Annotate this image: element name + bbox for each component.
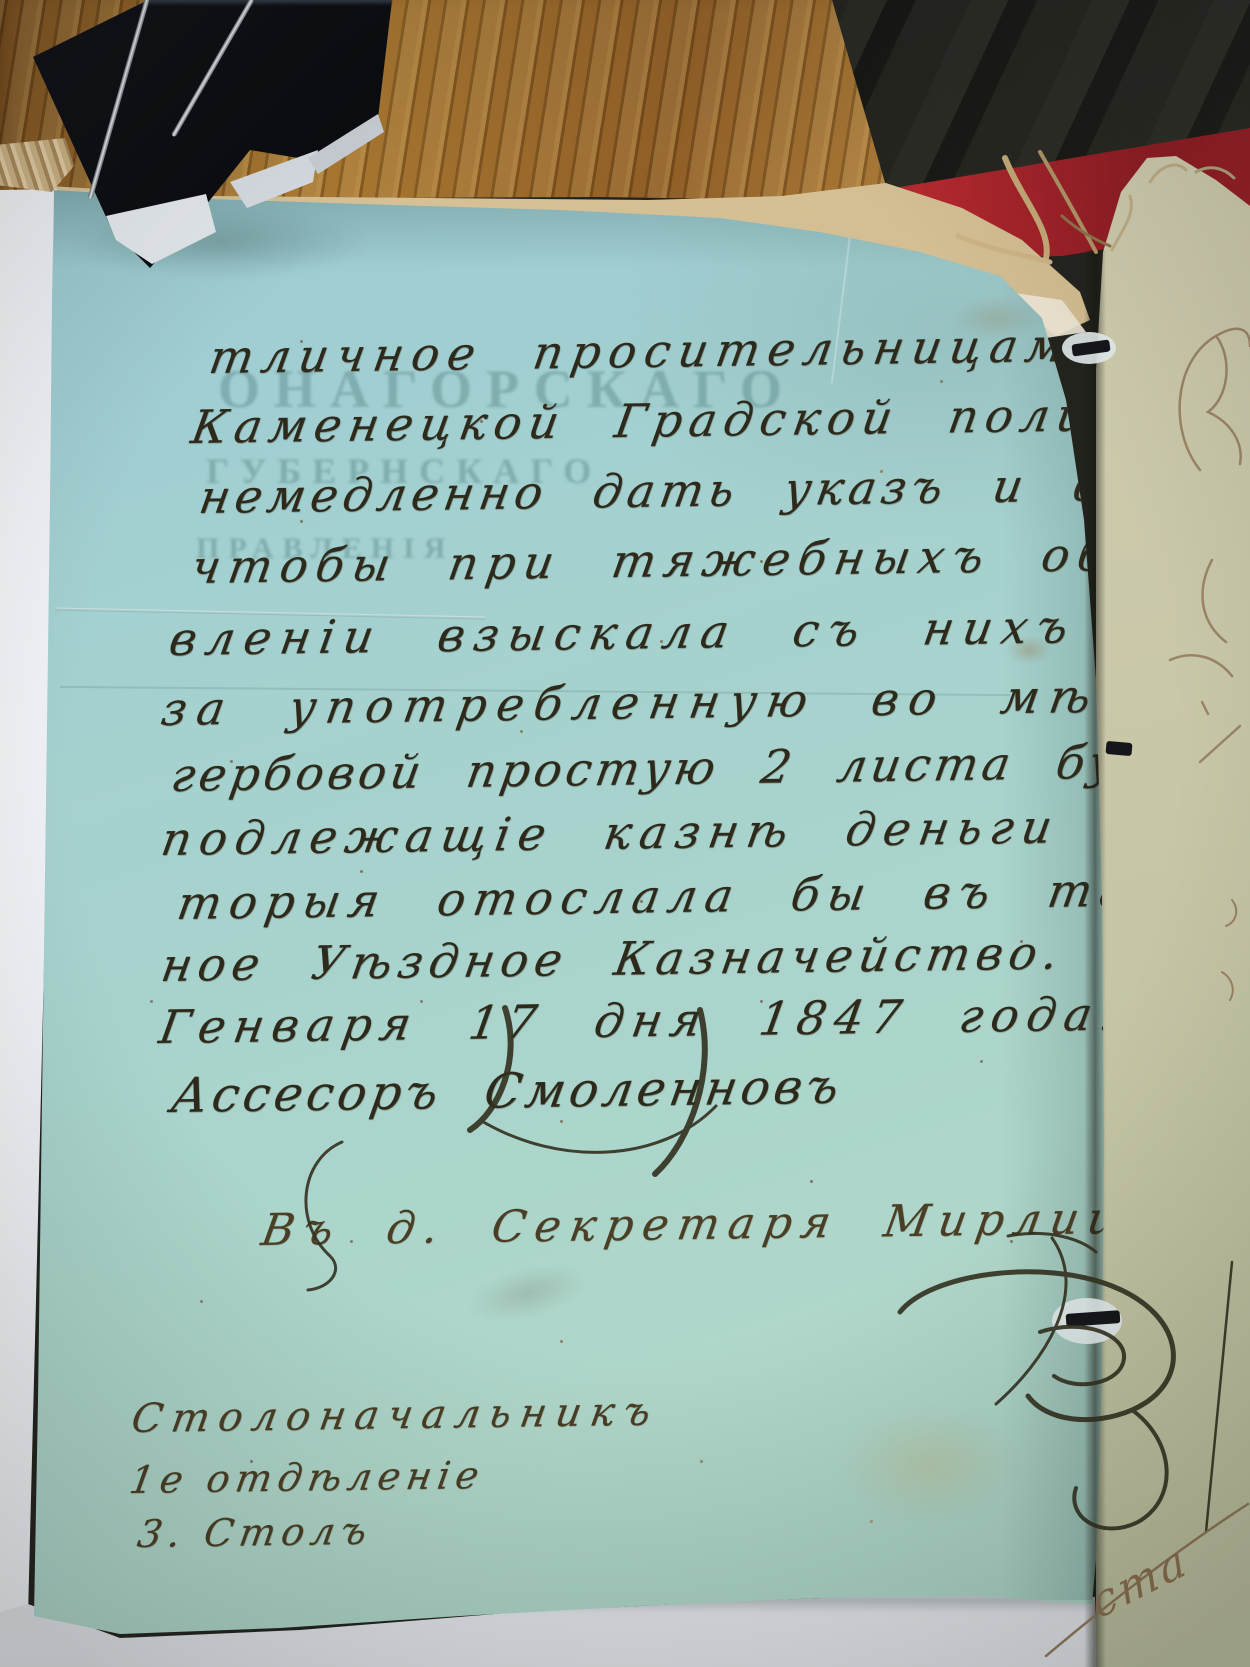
handwriting-assessor-signature: Ассесоръ Смоленновъ (167, 1059, 846, 1124)
handwriting-clerk-title: Столоначальникъ (128, 1389, 663, 1442)
handwriting-line-5: вленіи взыскала съ нихъ (166, 599, 1081, 666)
handwriting-division-note: 1е отдѣленіе (126, 1453, 488, 1502)
handwriting-line-1: тличное просительницамъ (206, 317, 1115, 384)
paper-stain (840, 1408, 1020, 1523)
binding-stitch-thread (1105, 741, 1132, 756)
binding-gutter-shadow (1084, 250, 1106, 1667)
handwriting-desk-note: 3. Столъ (134, 1509, 376, 1556)
paper-stain (464, 1254, 593, 1332)
archival-photo-scene: ОНАГОРСКАГО ГУБЕРНСКАГО ПРАВЛЕНІЯ тлично… (0, 0, 1250, 1667)
